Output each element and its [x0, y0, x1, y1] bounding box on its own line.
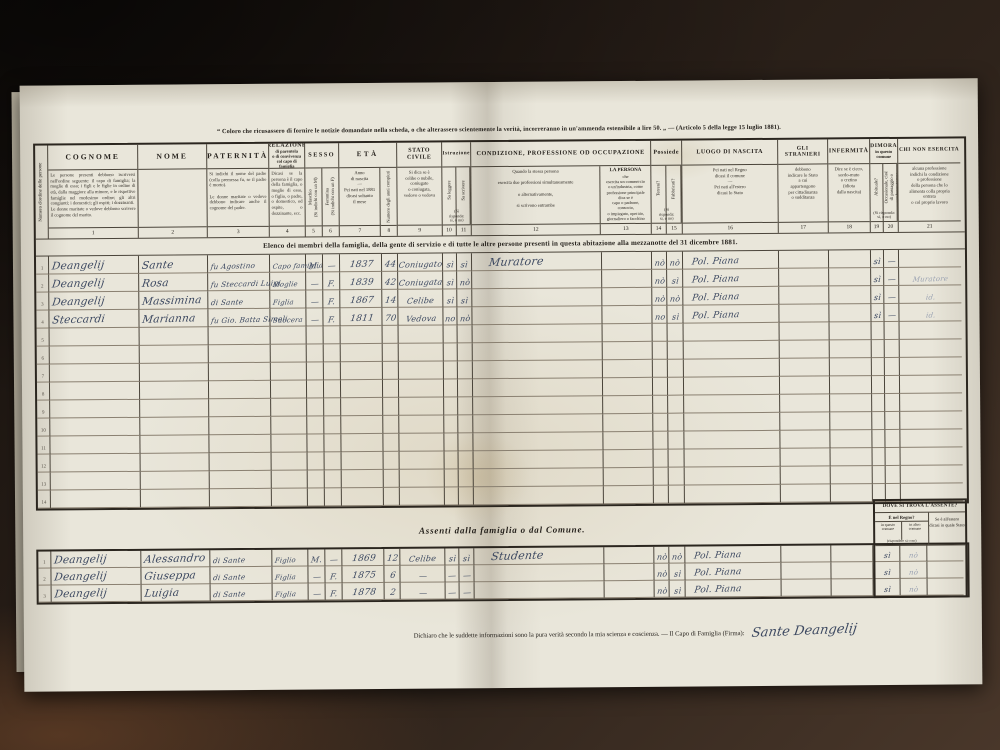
cell-occ: —	[884, 304, 899, 322]
col-number: 16	[683, 223, 778, 234]
cell-anno: 1839	[340, 272, 382, 290]
col-group-title: SESSO	[305, 143, 338, 168]
row-number: 12	[41, 465, 46, 470]
row-number: 5	[41, 339, 44, 344]
cell-occ: —	[884, 286, 899, 304]
col-title-text: CONDIZIONE, PROFESSIONE OD OCCUPAZIONE	[476, 149, 645, 157]
cell-ter: nò	[652, 252, 667, 270]
in-kingdom-columns: in questo comune in altro comune	[875, 522, 928, 541]
handwritten-entry: Celibe	[407, 296, 435, 306]
cell-m: M.	[306, 254, 323, 272]
col-number: 18	[829, 222, 870, 232]
cell-m	[307, 326, 324, 344]
cell-luogo: Pol. Piana	[683, 251, 779, 270]
cell-luogo: Pol. Piana	[686, 580, 782, 598]
handwritten-entry: Deangelij	[51, 277, 105, 291]
cell-anno	[341, 398, 383, 416]
handwritten-entry: 1867	[349, 295, 374, 306]
cell-stato	[399, 325, 444, 343]
cell-f	[324, 344, 341, 362]
header-luogo: LUOGO DI NASCITAPei nati nel Regno dicas…	[682, 140, 779, 234]
cell-pat	[210, 489, 272, 507]
cell-stran	[781, 484, 831, 502]
handwritten-entry: Marianna	[142, 312, 197, 326]
cell-anno: 1878	[343, 583, 385, 600]
handwritten-entry: Figlia	[272, 298, 294, 307]
cell-ter: nò	[655, 581, 670, 598]
handwritten-entry: nò	[656, 586, 668, 595]
handwritten-entry: sì	[671, 276, 679, 285]
cell-abit	[872, 358, 885, 376]
cell-cond: Studente	[474, 547, 604, 565]
handwritten-entry: Deangelij	[54, 570, 108, 584]
handwritten-entry: sì	[874, 293, 882, 302]
cell-leg: sì	[443, 253, 457, 271]
cell-anni	[384, 470, 400, 488]
row-number: 1	[41, 267, 44, 272]
cell-chi	[900, 375, 962, 393]
cell-stran	[780, 394, 830, 412]
cell-stran	[780, 358, 830, 376]
cell-pers	[603, 324, 653, 342]
cell-m	[307, 398, 324, 416]
cell-m	[308, 488, 325, 506]
cell-n: 7	[37, 365, 50, 383]
col-title: STATO CIVILE	[397, 142, 441, 167]
col-title-text: Possiede	[653, 149, 679, 156]
cell-cond	[472, 270, 602, 289]
cell-cognome	[51, 472, 141, 491]
col-desc: alcuna professione indichi la condizione…	[898, 163, 960, 221]
cell-pers	[604, 468, 654, 486]
cell-ter: no	[652, 306, 667, 324]
handwritten-entry: Studente	[490, 549, 544, 564]
col-vertical-label: Sa scrivere	[460, 180, 466, 200]
cell-cognome	[50, 382, 140, 401]
col-other-commune: in altro comune	[902, 522, 929, 540]
cell-scr: nò	[457, 307, 472, 325]
cell-nome: Sante	[139, 255, 208, 274]
cell-scr	[458, 343, 473, 361]
cell-cognome	[50, 418, 140, 437]
handwritten-entry: —	[329, 555, 338, 564]
handwritten-entry: Deangelij	[53, 553, 107, 567]
cell-rel: Figlio	[272, 550, 308, 567]
cell-n: 9	[37, 401, 50, 419]
cell-occ	[886, 448, 901, 466]
col-number-row: 1213	[472, 224, 651, 235]
handwritten-entry: F.	[328, 315, 336, 324]
absent-persons-table: 1DeangelijAlessandrodi SanteFiglioM.—186…	[36, 542, 969, 604]
cell-fab: sì	[669, 564, 685, 581]
row-number: 14	[41, 501, 46, 506]
cell-rel: Figlia	[270, 291, 306, 309]
handwritten-entry: 14	[384, 296, 397, 306]
handwritten-entry: sì	[446, 260, 454, 269]
col-title: RELAZIONEdi parentela o di convivenza co…	[269, 144, 304, 169]
cell-pat	[210, 471, 272, 489]
row-number: 8	[42, 393, 45, 398]
cell-nome	[140, 435, 209, 454]
cell-stran	[782, 579, 832, 596]
handwritten-entry: M.	[309, 261, 321, 270]
cell-n: 8	[37, 383, 50, 401]
col-desc: Si indichi il nome del padre (colla prem…	[207, 169, 268, 227]
col-vertical-label: Maschio (Si indichi con un M)	[308, 177, 319, 217]
cell-n: 13	[38, 473, 51, 491]
cell-n: 3	[39, 586, 52, 603]
declaration-line: Dichiaro che le suddette informazioni so…	[314, 622, 956, 642]
in-kingdom-label: È nel Regno?	[875, 513, 928, 522]
handwritten-entry: 70	[384, 314, 397, 324]
col-abroad-state: Se è all'estero dicasi in quale Stato	[929, 512, 965, 544]
cell-nome	[141, 489, 210, 508]
cell-stran	[780, 322, 830, 340]
handwritten-entry: Alessandro	[143, 552, 206, 566]
cell-rel: Moglie	[270, 273, 306, 291]
cell-cognome: Deangelij	[49, 256, 139, 275]
cell-fab	[668, 324, 684, 342]
handwritten-entry: Coniugato	[398, 260, 443, 270]
handwritten-entry: Figlia	[275, 590, 297, 599]
handwritten-entry: fu Agostino	[210, 261, 256, 271]
col-number-row: 56	[306, 226, 339, 236]
cell-anni	[384, 452, 400, 470]
row-number: 2	[43, 578, 46, 583]
handwritten-entry: 1839	[349, 277, 374, 288]
cell-pers	[602, 252, 652, 270]
cell-pat: fu Gio. Batta Simeli	[208, 309, 270, 327]
cell-luogo	[685, 449, 781, 468]
absentee-location-box: DOVE SI TROVA L'ASSENTE? È nel Regno? in…	[873, 498, 968, 598]
census-form-sheet: “ Coloro che ricusassero di fornire le n…	[20, 78, 983, 692]
col-desc: Dicasi se la persona è il capo della fam…	[269, 169, 304, 227]
cell-nome	[140, 327, 209, 346]
cell-rel: Suocera	[270, 309, 306, 327]
cell-anni: 42	[382, 272, 398, 290]
cell-m	[307, 362, 324, 380]
row-number: 1	[43, 561, 46, 566]
cell-rel	[272, 489, 308, 507]
cell-inf	[831, 448, 873, 466]
cell-cond: Muratore	[472, 252, 602, 271]
col-desc: Dire se è cieco, sordo-muto o cretino (i…	[828, 164, 869, 222]
row-number: 9	[42, 411, 45, 416]
cell-cognome: Deangelij	[52, 585, 142, 603]
cell-chi	[900, 357, 962, 375]
cell-n: 1	[36, 257, 49, 275]
in-kingdom-group: È nel Regno? in questo comune in altro c…	[875, 513, 929, 545]
handwritten-entry: —	[310, 315, 319, 324]
handwritten-entry: Moglie	[272, 280, 298, 289]
cell-inf	[830, 394, 872, 412]
cell-leg: —	[446, 582, 460, 599]
cell-luogo: Pol. Piana	[685, 546, 781, 564]
cell-ter: nò	[654, 547, 669, 564]
cell-pers	[602, 270, 652, 288]
handwritten-entry: F.	[330, 589, 338, 598]
cell-occ	[885, 322, 900, 340]
handwritten-entry: —	[313, 589, 322, 598]
cell-scr: sì	[457, 253, 472, 271]
handwritten-entry: —	[419, 588, 428, 597]
handwritten-entry: Steccardi	[52, 313, 106, 327]
cell-chi	[900, 339, 962, 357]
cell-anno: 1875	[342, 566, 384, 583]
cell-stato	[400, 469, 445, 487]
cell-pat: di Sante	[210, 567, 272, 584]
cell-n: 10	[37, 419, 50, 437]
cell-abit	[872, 340, 885, 358]
cell-scr	[459, 451, 474, 469]
header-row-number-column: Numero d'ordine delle persone	[35, 146, 49, 239]
col-sub-area: Quando la stessa persona esercita due pr…	[471, 166, 650, 225]
cell-rel	[271, 327, 307, 345]
cell-anni	[383, 398, 399, 416]
cell-n: 14	[38, 491, 51, 509]
col-number: 14	[652, 224, 667, 234]
cell-occ	[885, 376, 900, 394]
cell-ter	[653, 342, 668, 360]
cell-anni: 14	[382, 290, 398, 308]
cell-f	[325, 488, 342, 506]
cell-rel	[271, 399, 307, 417]
cell-f	[324, 380, 341, 398]
cell-ter: nò	[652, 288, 667, 306]
col-number: 6	[322, 226, 339, 236]
col-group-title: CONDIZIONE, PROFESSIONE OD OCCUPAZIONE	[471, 141, 650, 167]
cell-m	[308, 452, 325, 470]
cell-pat	[209, 435, 271, 453]
cell-occ: —	[884, 250, 899, 268]
cell-nome: Massimina	[139, 291, 208, 310]
cell-inf	[831, 484, 873, 502]
cell-anni	[384, 488, 400, 506]
handwritten-entry: sì	[673, 569, 681, 578]
header-f: Femmina (Si indichi con un F)	[322, 168, 339, 225]
cell-inf	[829, 304, 871, 322]
cell-fab	[668, 342, 684, 360]
cell-leg	[444, 397, 458, 415]
cell-stato: Coniugato	[398, 253, 443, 271]
cell-n: 4	[36, 311, 49, 329]
cell-ter	[653, 360, 668, 378]
cell-chi	[900, 429, 962, 447]
handwritten-entry: —	[887, 311, 896, 320]
cell-f	[325, 470, 342, 488]
row-number: 4	[41, 321, 44, 326]
cell-cond	[473, 342, 603, 361]
cell-m: M.	[308, 549, 325, 566]
cell-stato: —	[401, 582, 446, 599]
col-title-text: CHI NON ESERCITA	[899, 147, 959, 153]
cell-anno: 1837	[340, 254, 382, 272]
cell-ter: nò	[652, 270, 667, 288]
cell-stran	[780, 430, 830, 448]
cell-leg	[444, 379, 458, 397]
cell-leg	[444, 415, 458, 433]
cell-occ	[885, 412, 900, 430]
cell-anno: 1869	[342, 549, 384, 566]
cell-scr	[458, 325, 473, 343]
handwritten-entry: Deangelij	[51, 295, 105, 309]
handwritten-entry: Massimina	[141, 294, 202, 308]
cell-luogo: Pol. Piana	[683, 287, 779, 306]
cell-rel	[271, 345, 307, 363]
cell-cond	[473, 414, 603, 433]
cell-fab: sì	[670, 581, 686, 598]
col-title-text: Istruzione	[442, 151, 470, 157]
cell-cognome	[51, 454, 141, 473]
handwritten-entry: sì	[874, 257, 882, 266]
col-number: 12	[472, 224, 601, 235]
handwritten-entry: Figlia	[275, 573, 297, 582]
cell-rel	[272, 453, 308, 471]
answer-note: (rispondere sì o no)	[875, 540, 928, 545]
cell-abit	[872, 322, 885, 340]
cell-rel: Figlia	[272, 567, 308, 584]
cell-stato	[399, 343, 444, 361]
col-title-text: INFERMITÀ	[829, 148, 869, 155]
col-vertical-label: Terreni?	[655, 181, 661, 196]
handwritten-entry: —	[312, 572, 321, 581]
cell-leg	[444, 325, 458, 343]
header-rel: RELAZIONEdi parentela o di convivenza co…	[269, 144, 306, 237]
cell-ter	[653, 396, 668, 414]
handwritten-entry: sì	[446, 296, 454, 305]
cell-anno: 1867	[340, 290, 382, 308]
cell-abit: sì	[871, 250, 884, 268]
handwritten-entry: Giuseppa	[144, 569, 197, 582]
handwritten-entry: 44	[384, 260, 397, 270]
cell-stato: Celibe	[398, 289, 443, 307]
cell-n: 6	[37, 347, 50, 365]
handwritten-entry: 12	[386, 554, 399, 564]
handwritten-entry: Rosa	[141, 277, 169, 290]
cell-occ	[885, 340, 900, 358]
absent-persons-rows: 1DeangelijAlessandrodi SanteFiglioM.—186…	[38, 544, 967, 602]
cell-abit	[872, 376, 885, 394]
col-desc: debbono indicare lo Stato a cui apparten…	[778, 164, 827, 222]
handwritten-entry: nò	[654, 294, 666, 303]
cell-nome	[141, 471, 210, 490]
cell-luogo	[684, 359, 780, 378]
cell-stran	[779, 250, 829, 268]
cell-ter: nò	[654, 564, 669, 581]
col-sub-area: Maschio (Si indichi con un M)Femmina (Si…	[305, 168, 338, 226]
header-anno: Anno di nascita — Pei nati nel 1881 dica…	[339, 168, 381, 225]
answer-note: (Si risponda: sì, o no)	[443, 209, 471, 224]
cell-luogo	[685, 485, 781, 504]
cell-chi: id.	[899, 285, 961, 303]
handwritten-entry: —	[463, 588, 472, 597]
cell-m	[307, 380, 324, 398]
cell-leg	[445, 469, 459, 487]
header-stato: STATO CIVILESi dica se è celibe o nubile…	[397, 142, 443, 235]
col-sub-area: Abituale?Occasionale, cioè di passaggio …	[870, 164, 897, 222]
col-title: COGNOME	[48, 145, 137, 171]
cell-cognome	[51, 490, 141, 509]
handwritten-entry: Pol. Piana	[691, 256, 740, 267]
cell-anni: 6	[384, 566, 400, 583]
cell-f: F.	[323, 308, 340, 326]
cell-luogo	[684, 341, 780, 360]
cell-cond	[474, 564, 604, 582]
handwritten-entry: —	[887, 275, 896, 284]
answer-note: (Si risponda: sì, o no)	[652, 208, 682, 223]
cell-cond	[473, 378, 603, 397]
cell-pers	[602, 288, 652, 306]
col-number: 19	[871, 222, 884, 232]
handwritten-entry: nò	[654, 258, 666, 267]
cell-fab: nò	[669, 547, 685, 564]
handwritten-entry: id.	[926, 311, 937, 319]
cell-n: 2	[38, 569, 51, 586]
handwritten-entry: di Sante	[210, 297, 243, 307]
cell-rel	[271, 417, 307, 435]
header-cognome: COGNOMELe persone presenti debbono iscri…	[48, 145, 139, 239]
cell-inf	[831, 562, 873, 579]
handwritten-entry: —	[327, 261, 336, 270]
cell-pat: di Sante	[211, 584, 273, 601]
handwritten-entry: di Sante	[213, 589, 246, 599]
cell-m: —	[306, 272, 323, 290]
handwritten-entry: 1837	[349, 260, 374, 271]
handwritten-entry: sì	[463, 554, 471, 563]
cell-inf	[830, 322, 872, 340]
cell-n: 12	[38, 455, 51, 473]
col-number: 4	[270, 227, 305, 237]
handwritten-entry: id.	[926, 293, 937, 301]
handwritten-entry: —	[887, 293, 896, 302]
cell-pat	[209, 381, 271, 399]
handwritten-entry: —	[448, 588, 457, 597]
cell-ter	[653, 414, 668, 432]
cell-anni: 12	[384, 549, 400, 566]
col-desc: Si dica se è celibe o nubile, coniugato …	[397, 167, 441, 225]
cell-luogo: Pol. Piana	[683, 305, 779, 324]
cell-ter	[653, 378, 668, 396]
cell-anno	[341, 362, 383, 380]
handwritten-entry: Pol. Piana	[692, 310, 741, 321]
col-number: 13	[601, 224, 651, 234]
cell-fab	[668, 396, 684, 414]
cell-nome	[140, 381, 209, 400]
handwritten-entry: sì	[874, 311, 882, 320]
col-vertical-label: Sa leggere	[446, 181, 452, 200]
cell-nome	[140, 363, 209, 382]
cell-f: F.	[323, 290, 340, 308]
cell-leg: —	[445, 565, 459, 582]
cell-anni	[383, 344, 399, 362]
handwritten-entry: —	[310, 279, 319, 288]
cell-pers	[603, 342, 653, 360]
cell-abit	[872, 430, 885, 448]
cell-chi	[901, 447, 963, 465]
handwritten-entry: di Sante	[213, 572, 246, 582]
cell-anni: 70	[382, 308, 398, 326]
cell-fab	[668, 414, 684, 432]
row-number: 3	[43, 595, 46, 600]
col-number-row: 1415	[652, 224, 682, 234]
cell-cond	[475, 581, 605, 599]
cell-cond	[474, 468, 604, 487]
cell-abit	[872, 412, 885, 430]
handwritten-entry: Deangelij	[51, 259, 105, 273]
cell-chi: Muratore	[899, 267, 961, 285]
head-of-family-signature: Sante Deangelij	[750, 621, 857, 640]
handwritten-entry: nò	[656, 552, 668, 561]
